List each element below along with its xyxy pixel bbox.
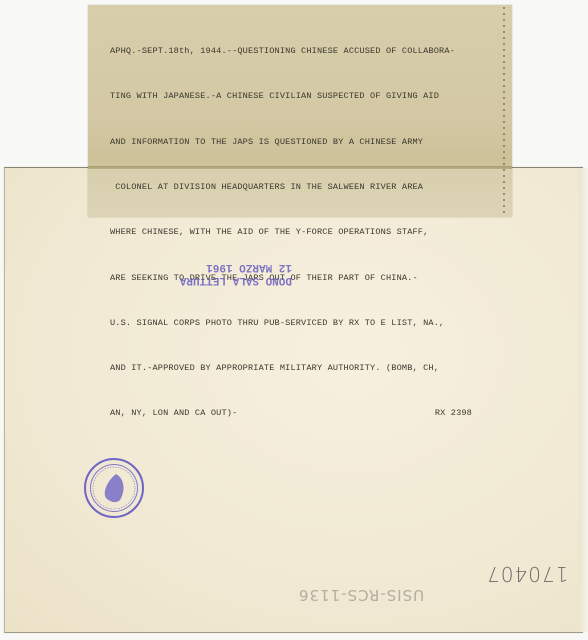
donation-stamp-line2: 12 MARZO 1961 [112,260,292,273]
caption-line: TING WITH JAPANESE.-A CHINESE CIVILIAN S… [110,89,500,104]
caption-line: AND INFORMATION TO THE JAPS IS QUESTIONE… [110,135,500,150]
caption-line: U.S. SIGNAL CORPS PHOTO THRU PUB-SERVICE… [110,316,500,331]
reference-code: RX 2398 [435,406,472,421]
caption-line: AN, NY, LON AND CA OUT)- [110,408,237,418]
caption-line: AND IT.-APPROVED BY APPROPRIATE MILITARY… [110,361,500,376]
caption-slip: APHQ.-SEPT.18th, 1944.--QUESTIONING CHIN… [88,5,512,217]
typewritten-caption: APHQ.-SEPT.18th, 1944.--QUESTIONING CHIN… [110,14,500,452]
handwritten-catalog-number: 170407 [486,562,568,586]
handwritten-reference: USIS-RCS-1136 [298,586,424,604]
round-institution-stamp [84,458,144,518]
donation-stamp: DONO SALA LETTURA 12 MARZO 1961 [112,260,292,286]
paper-curl-edge [579,168,588,632]
donation-stamp-line1: DONO SALA LETTURA [112,273,292,286]
caption-line-last: AN, NY, LON AND CA OUT)-RX 2398 [110,406,500,421]
caption-line: COLONEL AT DIVISION HEADQUARTERS IN THE … [110,180,500,195]
arrowhead-emblem-icon [86,460,142,516]
caption-line: WHERE CHINESE, WITH THE AID OF THE Y-FOR… [110,225,500,240]
perforated-edge [502,5,506,217]
caption-line: APHQ.-SEPT.18th, 1944.--QUESTIONING CHIN… [110,44,500,59]
